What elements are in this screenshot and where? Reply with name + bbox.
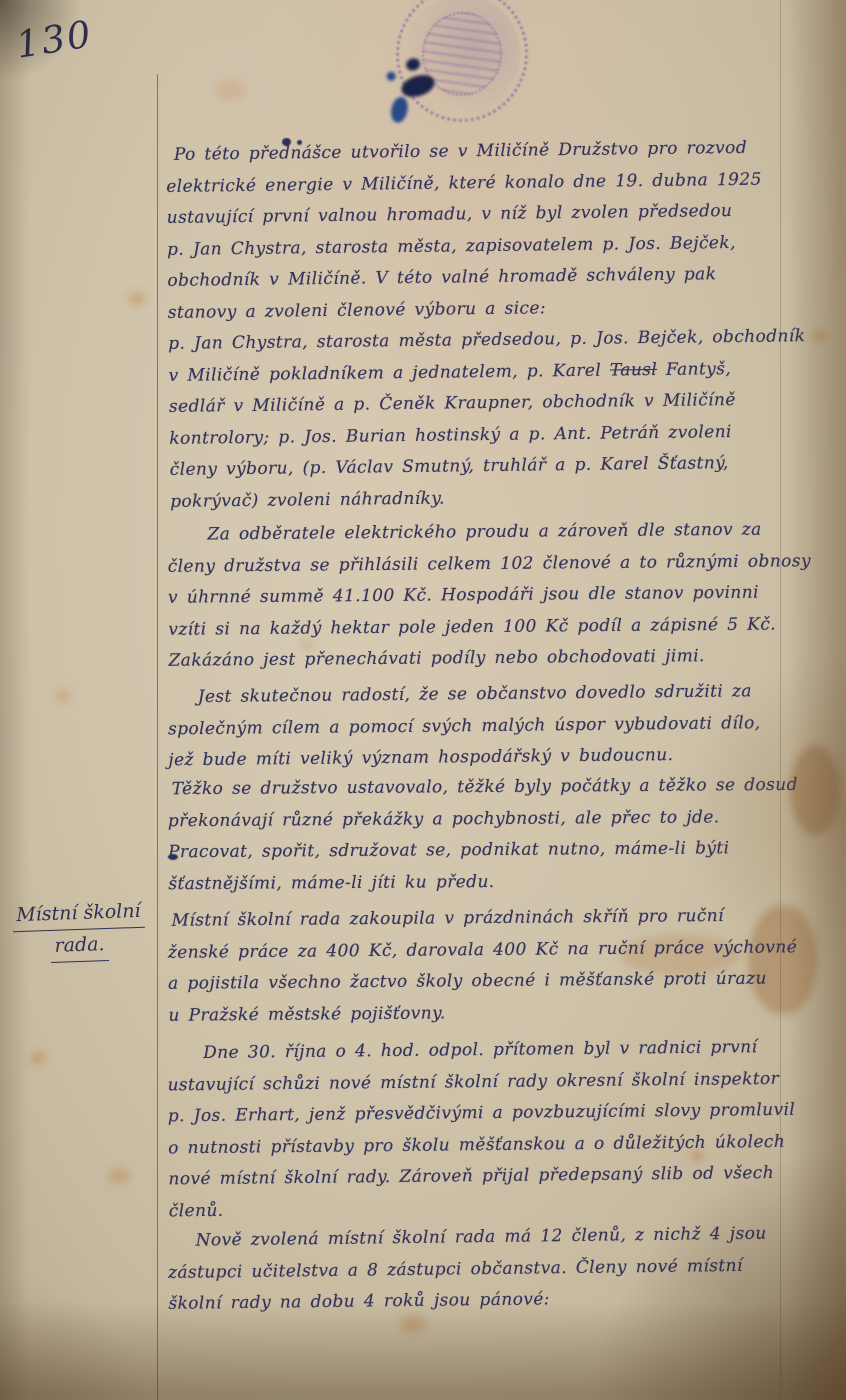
manuscript-line: u Pražské městské pojišťovny. xyxy=(168,995,808,1032)
manuscript-line: a pojistila všechno žactvo školy obecné … xyxy=(168,963,808,1000)
foxing-stain xyxy=(215,80,245,100)
line-text: Fantyš, xyxy=(657,359,731,380)
manuscript-line: vzíti si na každý hektar pole jeden 100 … xyxy=(168,609,808,646)
struck-out-word: Tausl xyxy=(610,359,658,380)
margin-note: Místní školní rada. xyxy=(5,895,153,964)
manuscript-line: Za odběratele elektrického proudu a záro… xyxy=(167,514,807,551)
manuscript-line: v úhrnné summě 41.100 Kč. Hospodáři jsou… xyxy=(168,577,808,614)
manuscript-line: Pracovat, spořit, sdružovat se, podnikat… xyxy=(168,833,808,869)
manuscript-line: nové místní školní rady. Zároveň přijal … xyxy=(168,1158,808,1196)
paragraph-electric-cooperative: Po této přednášce utvořilo se v Miličíně… xyxy=(166,132,811,518)
foxing-stain xyxy=(30,1052,46,1064)
margin-note-line: rada. xyxy=(50,929,109,963)
line-text: v Miličíně pokladníkem a jednatelem, p. … xyxy=(168,360,610,385)
margin-note-line: Místní školní xyxy=(12,896,145,933)
manuscript-line: společným cílem a pomocí svých malých ús… xyxy=(168,707,808,745)
manuscript-line: Místní školní rada zakoupila v prázdniná… xyxy=(167,900,807,937)
manuscript-line: Zakázáno jest přenechávati podíly nebo o… xyxy=(168,640,808,677)
paragraph-difficult-beginnings: Těžko se družstvo ustavovalo, těžké byly… xyxy=(168,770,809,900)
foxing-stain xyxy=(400,1315,426,1333)
foxing-stain xyxy=(812,330,826,342)
page-number: 130 xyxy=(13,12,95,66)
manuscript-page: 130 Místní školní rada. Po této přednášc… xyxy=(0,0,846,1400)
manuscript-line: šťastnějšími, máme-li jíti ku předu. xyxy=(168,864,808,900)
paragraph-members-shares: Za odběratele elektrického proudu a záro… xyxy=(167,514,808,677)
paragraph-school-board-purchases: Místní školní rada zakoupila v prázdniná… xyxy=(167,900,808,1032)
paragraph-community-joy: Jest skutečnou radostí, že se občanstvo … xyxy=(168,676,809,777)
paragraph-new-school-board: Nově zvolená místní školní rada má 12 čl… xyxy=(167,1218,808,1320)
paragraph-inspector-meeting: Dne 30. října o 4. hod. odpol. přítomen … xyxy=(167,1032,809,1228)
foxing-stain xyxy=(108,1168,130,1184)
manuscript-line: Těžko se družstvo ustavovalo, těžké byly… xyxy=(168,770,808,806)
manuscript-line: školní rady na dobu 4 roků jsou pánové: xyxy=(168,1281,808,1320)
foxing-stain xyxy=(128,292,146,306)
foxing-stain xyxy=(55,690,71,702)
manuscript-line: překonávají různé překážky a pochybnosti… xyxy=(168,801,808,837)
left-margin-rule xyxy=(157,74,158,1400)
